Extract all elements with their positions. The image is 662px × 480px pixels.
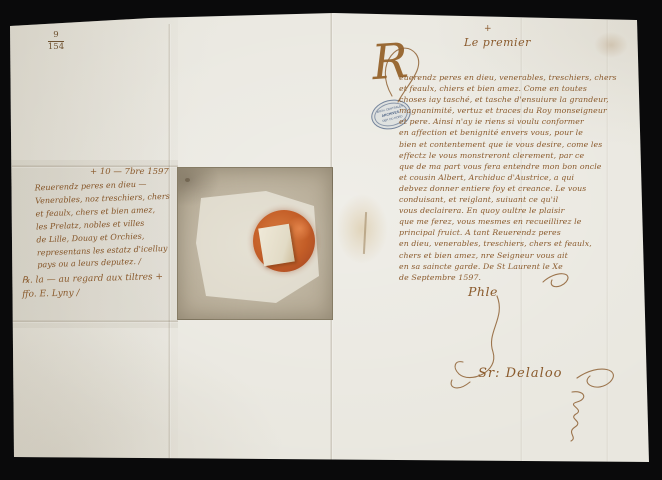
photograph-of-letter: 9 154 + 10 — 7bre 1597 Reuerendz peres e… [0,0,662,480]
parchment-sheet: 9 154 + 10 — 7bre 1597 Reuerendz peres e… [0,0,662,480]
paper-vignette [0,0,662,480]
